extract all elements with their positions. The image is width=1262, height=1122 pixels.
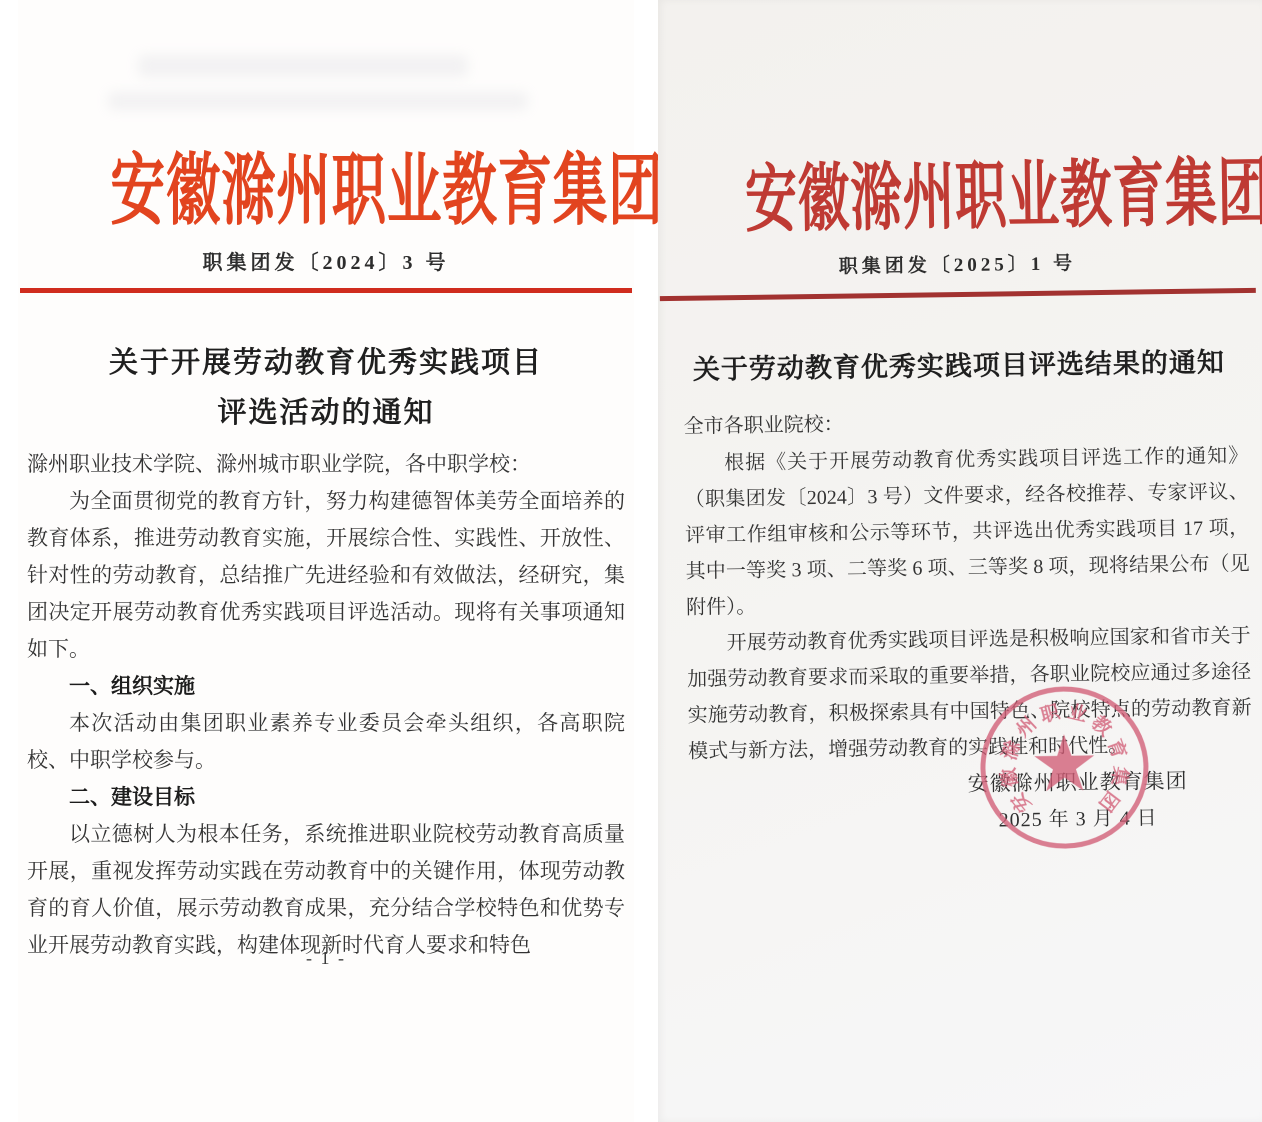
official-red-seal: ★ 安徽滁州职业教育集团 — [979, 685, 1149, 849]
right-doc-paragraph-1: 根据《关于开展劳动教育优秀实践项目评选工作的通知》（职集团发〔2024〕3 号）… — [684, 438, 1250, 626]
left-doc-number: 职集团发〔2024〕3 号 — [18, 246, 634, 275]
left-doc-header-title: 安徽滁州职业教育集团文件 — [110, 128, 541, 240]
right-doc-paragraph-2: 开展劳动教育优秀实践项目评选是积极响应国家和省市关于加强劳动教育要求而采取的重要… — [686, 618, 1252, 770]
left-doc-paragraph-1: 为全面贯彻党的教育方针，努力构建德智体美劳全面培养的教育体系，推进劳动教育实施，… — [27, 483, 625, 668]
left-doc-title: 关于开展劳动教育优秀实践项目 评选活动的通知 — [18, 338, 634, 438]
left-doc-section2-body: 以立德树人为根本任务，系统推进职业院校劳动教育高质量开展，重视发挥劳动实践在劳动… — [27, 816, 625, 964]
left-doc-section1-heading: 一、组织实施 — [27, 668, 625, 705]
scan-ghost-smudge — [108, 92, 528, 110]
right-doc-salutation: 全市各职业院校： — [683, 402, 1243, 439]
right-red-rule — [660, 288, 1256, 301]
left-doc-section1-body: 本次活动由集团职业素养专业委员会牵头组织，各高职院校、中职学校参与。 — [27, 705, 625, 779]
left-doc-salutation: 滁州职业技术学院、滁州城市职业学院，各中职学校： — [27, 446, 625, 483]
right-doc-number: 职集团发〔2025〕1 号 — [655, 246, 1259, 281]
right-doc-title: 关于劳动教育优秀实践项目评选结果的通知 — [657, 340, 1261, 387]
left-doc-section2-heading: 二、建设目标 — [27, 779, 625, 816]
right-doc-body: 根据《关于开展劳动教育优秀实践项目评选工作的通知》（职集团发〔2024〕3 号）… — [684, 438, 1252, 770]
left-document-page: 安徽滁州职业教育集团文件 职集团发〔2024〕3 号 关于开展劳动教育优秀实践项… — [18, 0, 634, 1122]
left-doc-title-line1: 关于开展劳动教育优秀实践项目 — [18, 338, 634, 388]
seal-arc-char: 集 — [1106, 765, 1136, 788]
left-doc-title-line2: 评选活动的通知 — [18, 388, 634, 438]
left-doc-page-number: - 1 - — [18, 948, 634, 969]
scan-ghost-smudge — [138, 55, 468, 77]
seal-star-icon: ★ — [1029, 725, 1100, 804]
right-doc-header-title: 安徽滁州职业教育集团文件 — [744, 135, 1168, 247]
left-doc-body: 滁州职业技术学院、滁州城市职业学院，各中职学校： 为全面贯彻党的教育方针，努力构… — [27, 446, 625, 964]
left-red-rule — [20, 288, 632, 293]
scanned-documents-canvas: { "left_doc": { "header_title": "安徽滁州职业教… — [0, 0, 1262, 1122]
right-document-page: 安徽滁州职业教育集团文件 职集团发〔2025〕1 号 关于劳动教育优秀实践项目评… — [658, 0, 1262, 1122]
right-doc-content: 安徽滁州职业教育集团文件 职集团发〔2025〕1 号 关于劳动教育优秀实践项目评… — [652, 0, 1262, 1122]
